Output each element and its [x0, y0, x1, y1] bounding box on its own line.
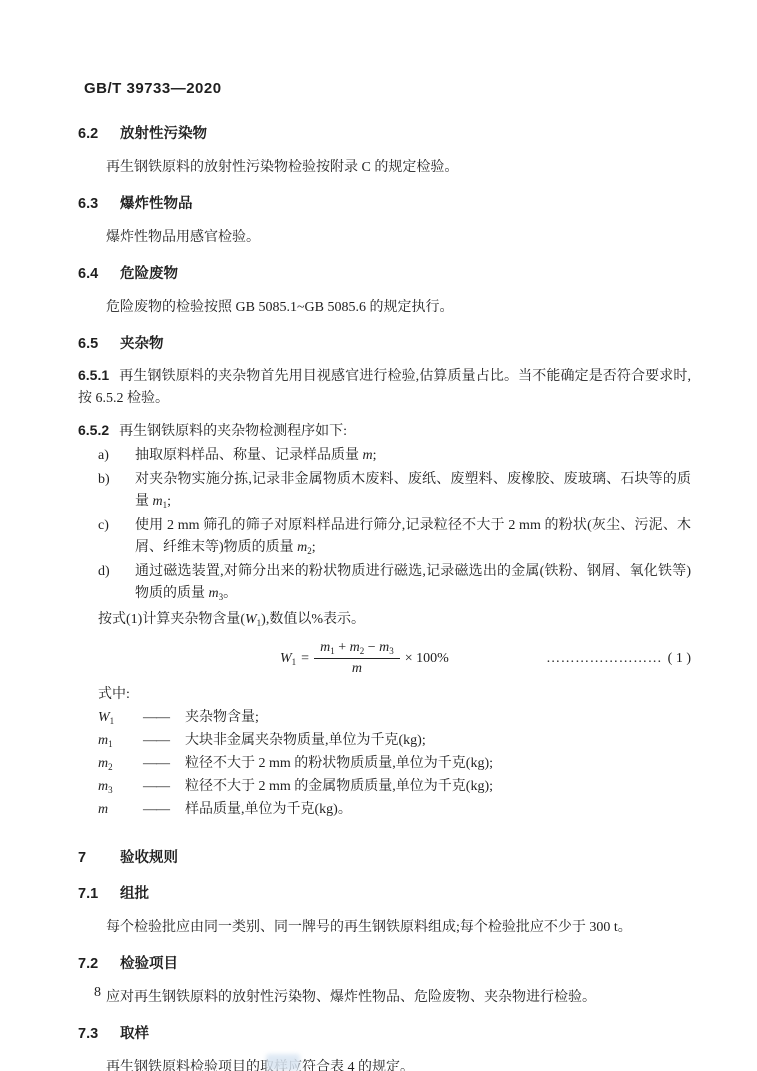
definition-term: m2 — [98, 752, 143, 775]
fraction-denominator: m — [352, 659, 362, 677]
dotted-leader: …………………… — [546, 651, 662, 666]
fraction: m1 + m2 − m3 m — [314, 640, 400, 677]
section-title: 夹杂物 — [120, 336, 164, 352]
definition-term: m1 — [98, 729, 143, 752]
list-item-a: a) 抽取原料样品、称量、记录样品质量 m; — [78, 445, 691, 467]
section-heading-7: 7验收规则 — [78, 847, 691, 869]
formula-intro: 按式(1)计算夹杂物含量(W1),数值以%表示。 — [78, 609, 691, 631]
standard-code-header: GB/T 39733—2020 — [84, 80, 691, 97]
definition-row: m —— 样品质量,单位为千克(kg)。 — [98, 798, 691, 821]
section-number: 7.2 — [78, 953, 108, 975]
equation-reference: …………………… ( 1 ) — [546, 651, 691, 667]
equation-number: ( 1 ) — [668, 651, 691, 666]
list-item-b: b) 对夹杂物实施分拣,记录非金属物质木废料、废纸、废塑料、废橡胶、废玻璃、石块… — [78, 469, 691, 513]
list-item-c: c) 使用 2 mm 筛孔的筛子对原料样品进行筛分,记录粒径不大于 2 mm 的… — [78, 515, 691, 559]
definition-term: m — [98, 798, 143, 821]
where-label: 式中: — [78, 683, 691, 706]
scan-artifact — [266, 1054, 300, 1071]
clause-6-5-2: 6.5.2再生钢铁原料的夹杂物检测程序如下: — [78, 419, 691, 443]
list-item-label: b) — [98, 469, 135, 513]
page-number: 8 — [94, 985, 101, 1001]
section-heading-6-5: 6.5夹杂物 — [78, 333, 691, 355]
definition-text: 粒径不大于 2 mm 的金属物质质量,单位为千克(kg); — [185, 775, 691, 798]
list-item-text: 通过磁选装置,对筛分出来的粉状物质进行磁选,记录磁选出的金属(铁粉、钢屑、氧化铁… — [135, 561, 691, 605]
section-heading-6-3: 6.3爆炸性物品 — [78, 193, 691, 215]
section-title: 验收规则 — [120, 850, 178, 866]
list-item-text: 抽取原料样品、称量、记录样品质量 m; — [135, 445, 691, 467]
section-number: 6.5 — [78, 333, 108, 355]
definition-row: m2 —— 粒径不大于 2 mm 的粉状物质质量,单位为千克(kg); — [98, 752, 691, 775]
procedure-list: a) 抽取原料样品、称量、记录样品质量 m; b) 对夹杂物实施分拣,记录非金属… — [78, 445, 691, 605]
section-title: 检验项目 — [120, 956, 178, 972]
symbol-definitions: W1 —— 夹杂物含量; m1 —— 大块非金属夹杂物质量,单位为千克(kg);… — [78, 706, 691, 821]
section-number: 7 — [78, 847, 108, 869]
section-title: 放射性污染物 — [120, 126, 207, 142]
definition-row: W1 —— 夹杂物含量; — [98, 706, 691, 729]
list-item-d: d) 通过磁选装置,对筛分出来的粉状物质进行磁选,记录磁选出的金属(铁粉、钢屑、… — [78, 561, 691, 605]
equals-sign: = — [301, 651, 309, 667]
section-number: 6.2 — [78, 123, 108, 145]
clause-text: 再生钢铁原料的夹杂物首先用目视感官进行检验,估算质量占比。当不能确定是否符合要求… — [78, 369, 691, 406]
definition-dash: —— — [143, 752, 185, 775]
definition-dash: —— — [143, 798, 185, 821]
section-number: 7.1 — [78, 883, 108, 905]
definition-text: 大块非金属夹杂物质量,单位为千克(kg); — [185, 729, 691, 752]
clause-text: 再生钢铁原料的夹杂物检测程序如下: — [119, 424, 347, 439]
equation-1: W1 = m1 + m2 − m3 m × 100% — [280, 640, 454, 677]
definition-row: m3 —— 粒径不大于 2 mm 的金属物质质量,单位为千克(kg); — [98, 775, 691, 798]
fraction-numerator: m1 + m2 − m3 — [314, 640, 400, 659]
section-number: 6.3 — [78, 193, 108, 215]
definition-dash: —— — [143, 729, 185, 752]
section-heading-7-1: 7.1组批 — [78, 883, 691, 905]
section-title: 危险废物 — [120, 266, 178, 282]
definition-term: W1 — [98, 706, 143, 729]
section-number: 6.4 — [78, 263, 108, 285]
list-item-text: 对夹杂物实施分拣,记录非金属物质木废料、废纸、废塑料、废橡胶、废玻璃、石块等的质… — [135, 469, 691, 513]
multiplier: × 100% — [405, 651, 449, 667]
equation-lhs: W1 — [280, 651, 296, 667]
section-7-2-paragraph: 应对再生钢铁原料的放射性污染物、爆炸性物品、危险废物、夹杂物进行检验。 — [78, 987, 691, 1009]
section-7-1-paragraph: 每个检验批应由同一类别、同一牌号的再生钢铁原料组成;每个检验批应不少于 300 … — [78, 917, 691, 939]
formula-row: W1 = m1 + m2 − m3 m × 100% …………………… ( 1 … — [78, 640, 691, 677]
definition-text: 粒径不大于 2 mm 的粉状物质质量,单位为千克(kg); — [185, 752, 691, 775]
clause-6-5-1: 6.5.1再生钢铁原料的夹杂物首先用目视感官进行检验,估算质量占比。当不能确定是… — [78, 364, 691, 410]
document-page: GB/T 39733—2020 6.2放射性污染物 再生钢铁原料的放射性污染物检… — [0, 0, 757, 1071]
section-6-2-paragraph: 再生钢铁原料的放射性污染物检验按附录 C 的规定检验。 — [78, 157, 691, 179]
clause-number: 6.5.2 — [78, 422, 109, 438]
definition-term: m3 — [98, 775, 143, 798]
definition-row: m1 —— 大块非金属夹杂物质量,单位为千克(kg); — [98, 729, 691, 752]
section-6-3-paragraph: 爆炸性物品用感官检验。 — [78, 227, 691, 249]
section-title: 爆炸性物品 — [120, 196, 193, 212]
section-title: 组批 — [120, 886, 149, 902]
section-heading-6-4: 6.4危险废物 — [78, 263, 691, 285]
section-heading-6-2: 6.2放射性污染物 — [78, 123, 691, 145]
list-item-label: c) — [98, 515, 135, 559]
definition-text: 样品质量,单位为千克(kg)。 — [185, 798, 691, 821]
definition-dash: —— — [143, 706, 185, 729]
list-item-label: d) — [98, 561, 135, 605]
list-item-label: a) — [98, 445, 135, 467]
section-7-3-paragraph: 再生钢铁原料检验项目的取样应符合表 4 的规定。 — [78, 1057, 691, 1071]
clause-number: 6.5.1 — [78, 367, 109, 383]
section-heading-7-2: 7.2检验项目 — [78, 953, 691, 975]
definition-text: 夹杂物含量; — [185, 706, 691, 729]
section-6-4-paragraph: 危险废物的检验按照 GB 5085.1~GB 5085.6 的规定执行。 — [78, 297, 691, 319]
section-number: 7.3 — [78, 1023, 108, 1045]
section-heading-7-3: 7.3取样 — [78, 1023, 691, 1045]
page-content: GB/T 39733—2020 6.2放射性污染物 再生钢铁原料的放射性污染物检… — [0, 0, 757, 1071]
list-item-text: 使用 2 mm 筛孔的筛子对原料样品进行筛分,记录粒径不大于 2 mm 的粉状(… — [135, 515, 691, 559]
definition-dash: —— — [143, 775, 185, 798]
section-title: 取样 — [120, 1026, 149, 1042]
